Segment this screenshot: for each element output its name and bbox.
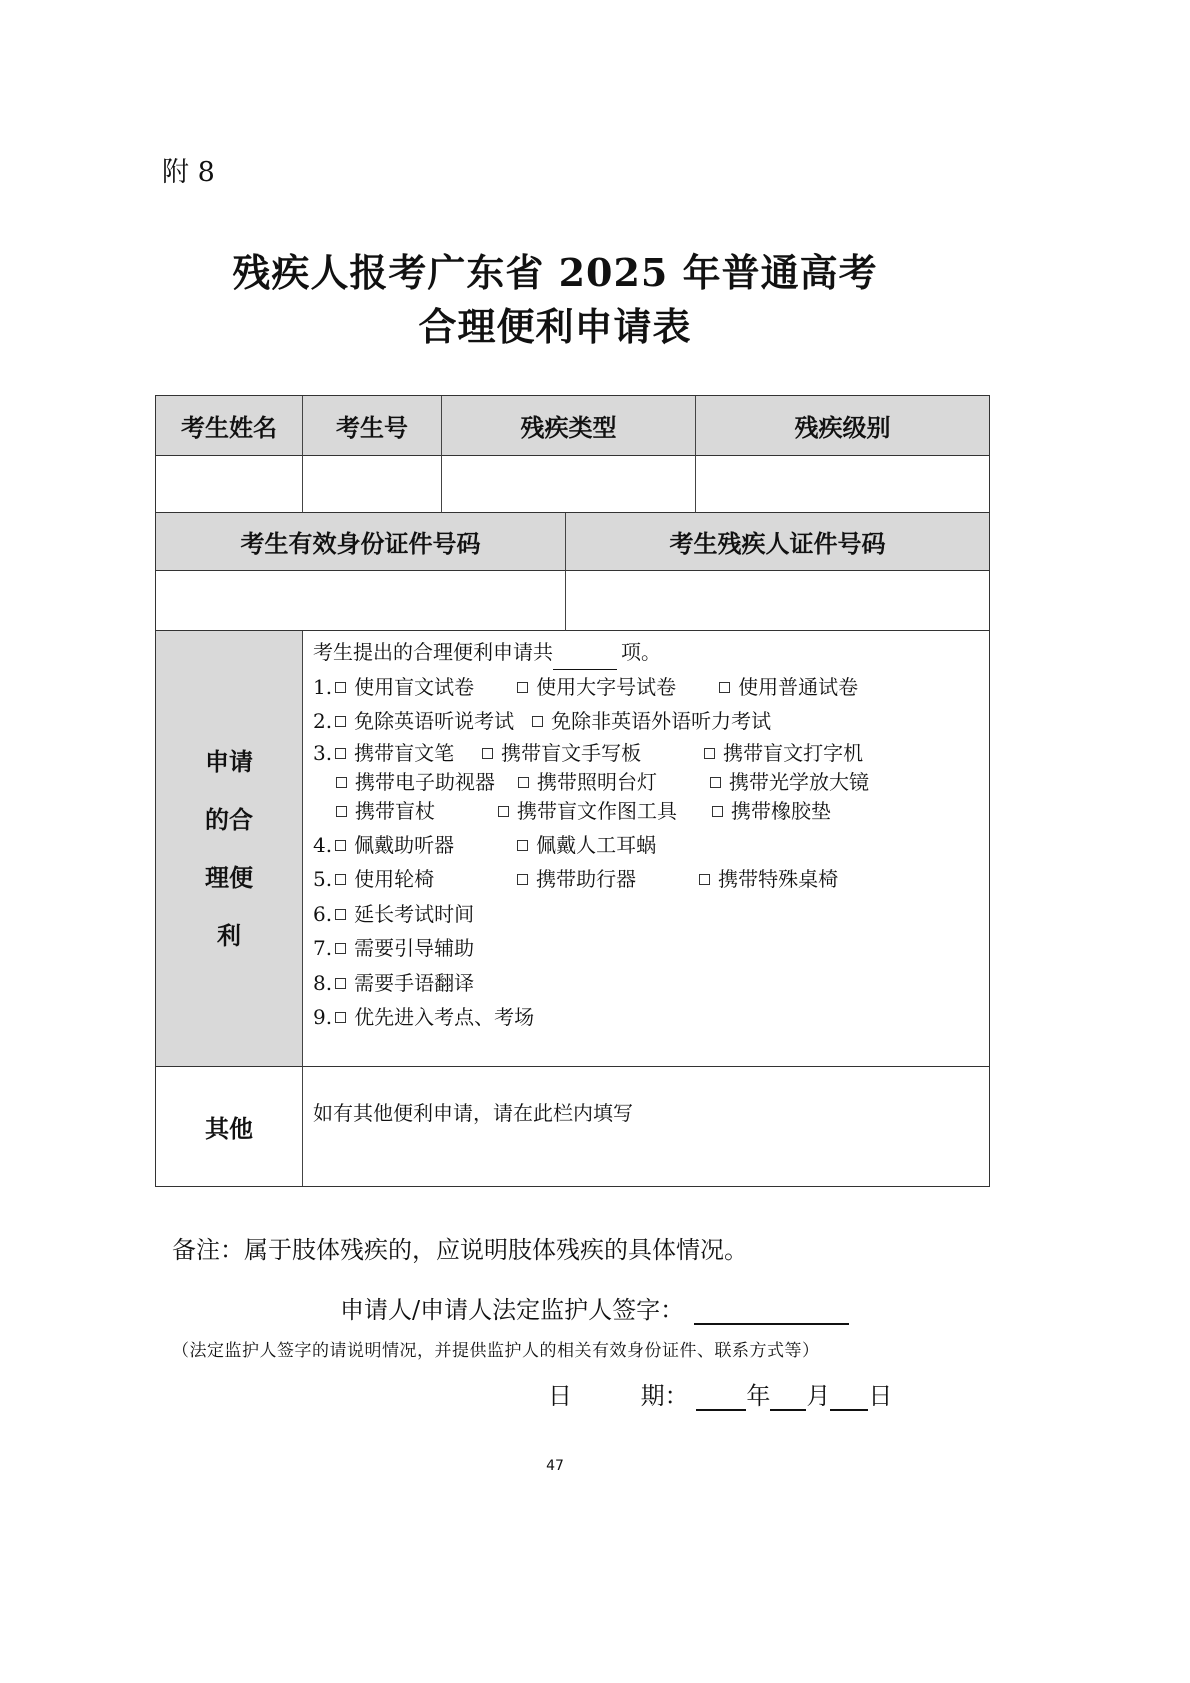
checkbox[interactable] bbox=[518, 777, 529, 788]
option-group-8: 8.需要手语翻译 bbox=[313, 966, 989, 1001]
disability-type-field[interactable] bbox=[442, 456, 696, 513]
option-group-6: 6.延长考试时间 bbox=[313, 897, 989, 932]
checkbox[interactable] bbox=[335, 748, 346, 759]
id-number-field[interactable] bbox=[156, 571, 566, 631]
accommodation-options: 考生提出的合理便利申请共项。 1.使用盲文试卷使用大字号试卷使用普通试卷 2.免… bbox=[303, 631, 989, 1067]
checkbox[interactable] bbox=[335, 1012, 346, 1023]
other-placeholder: 如有其他便利申请，请在此栏内填写 bbox=[313, 1097, 633, 1126]
header-disability-level: 残疾级别 bbox=[696, 396, 989, 456]
checkbox[interactable] bbox=[335, 682, 346, 693]
option-group-2: 2.免除英语听说考试免除非英语外语听力考试 bbox=[313, 704, 989, 739]
signature-label: 申请人/申请人法定监护人签字： bbox=[340, 1296, 684, 1324]
checkbox[interactable] bbox=[335, 840, 346, 851]
other-field[interactable]: 如有其他便利申请，请在此栏内填写 bbox=[303, 1067, 989, 1186]
attachment-label: 附 8 bbox=[162, 150, 215, 189]
month-field[interactable] bbox=[770, 1383, 806, 1411]
accommodation-label-line: 的合 bbox=[205, 791, 253, 849]
option-group-9: 9.优先进入考点、考场 bbox=[313, 1000, 989, 1035]
option-group-3-cont: 携带盲杖携带盲文作图工具携带橡胶垫 bbox=[313, 797, 989, 828]
form-title-line-1: 残疾人报考广东省 2025 年普通高考 bbox=[0, 242, 1110, 297]
checkbox[interactable] bbox=[517, 682, 528, 693]
checkbox[interactable] bbox=[712, 806, 723, 817]
accommodation-count-field[interactable] bbox=[553, 649, 617, 670]
accommodation-intro: 考生提出的合理便利申请共项。 bbox=[313, 635, 989, 670]
checkbox[interactable] bbox=[517, 874, 528, 885]
signature-field[interactable] bbox=[694, 1297, 849, 1325]
header-disability-cert-number: 考生残疾人证件号码 bbox=[566, 513, 989, 571]
option-group-1: 1.使用盲文试卷使用大字号试卷使用普通试卷 bbox=[313, 670, 989, 705]
candidate-number-field[interactable] bbox=[303, 456, 442, 513]
disability-cert-number-field[interactable] bbox=[566, 571, 989, 631]
year-field[interactable] bbox=[696, 1383, 746, 1411]
checkbox[interactable] bbox=[336, 806, 347, 817]
checkbox[interactable] bbox=[532, 716, 543, 727]
option-group-7: 7.需要引导辅助 bbox=[313, 931, 989, 966]
checkbox[interactable] bbox=[719, 682, 730, 693]
checkbox[interactable] bbox=[335, 874, 346, 885]
accommodation-label-line: 利 bbox=[217, 907, 241, 965]
guardian-note: （法定监护人签字的请说明情况，并提供监护人的相关有效身份证件、联系方式等） bbox=[172, 1336, 820, 1361]
accommodation-label-line: 申请 bbox=[205, 733, 253, 791]
page-number: 47 bbox=[0, 1458, 1110, 1474]
header-candidate-name: 考生姓名 bbox=[156, 396, 303, 456]
checkbox[interactable] bbox=[335, 909, 346, 920]
checkbox[interactable] bbox=[517, 840, 528, 851]
signature-row: 申请人/申请人法定监护人签字： bbox=[340, 1290, 849, 1325]
disability-level-field[interactable] bbox=[696, 456, 989, 513]
header-candidate-number: 考生号 bbox=[303, 396, 442, 456]
header-id-number: 考生有效身份证件号码 bbox=[156, 513, 566, 571]
checkbox[interactable] bbox=[704, 748, 715, 759]
checkbox[interactable] bbox=[335, 978, 346, 989]
other-label: 其他 bbox=[156, 1067, 303, 1186]
application-form-table: 考生姓名 考生号 残疾类型 残疾级别 考生有效身份证件号码 考生残疾人证件号码 … bbox=[155, 395, 990, 1187]
checkbox[interactable] bbox=[336, 777, 347, 788]
checkbox[interactable] bbox=[710, 777, 721, 788]
option-group-3-cont: 携带电子助视器携带照明台灯携带光学放大镜 bbox=[313, 768, 989, 797]
option-group-3: 3.携带盲文笔携带盲文手写板携带盲文打字机 bbox=[313, 739, 989, 768]
header-disability-type: 残疾类型 bbox=[442, 396, 696, 456]
remark-note: 备注：属于肢体残疾的，应说明肢体残疾的具体情况。 bbox=[172, 1230, 748, 1265]
accommodation-label-line: 理便 bbox=[205, 849, 253, 907]
checkbox[interactable] bbox=[335, 943, 346, 954]
candidate-name-field[interactable] bbox=[156, 456, 303, 513]
checkbox[interactable] bbox=[699, 874, 710, 885]
day-field[interactable] bbox=[830, 1383, 868, 1411]
checkbox[interactable] bbox=[498, 806, 509, 817]
date-row: 日 期： 年月日 bbox=[548, 1376, 892, 1411]
form-title-line-2: 合理便利申请表 bbox=[0, 296, 1110, 351]
checkbox[interactable] bbox=[335, 716, 346, 727]
option-group-5: 5.使用轮椅携带助行器携带特殊桌椅 bbox=[313, 862, 989, 897]
option-group-4: 4.佩戴助听器佩戴人工耳蜗 bbox=[313, 828, 989, 863]
accommodation-label: 申请 的合 理便 利 bbox=[156, 631, 303, 1067]
checkbox[interactable] bbox=[482, 748, 493, 759]
